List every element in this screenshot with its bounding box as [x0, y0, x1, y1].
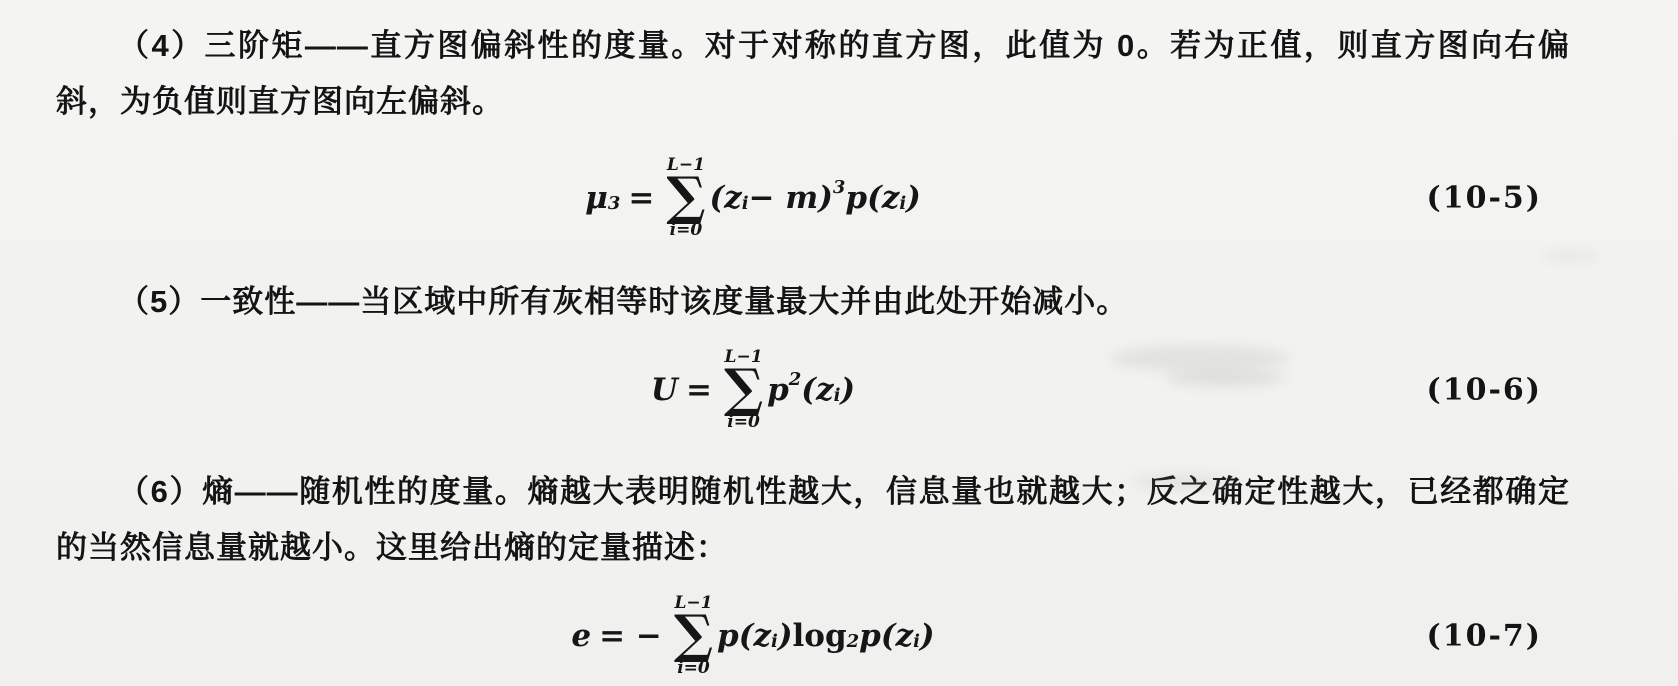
scanned-document-page: （4）三阶矩——直方图偏斜性的度量。对于对称的直方图，此值为 0。若为正值，则直… — [0, 0, 1678, 686]
equation-number-10-6: (10-6) — [1427, 373, 1542, 408]
equation-row-10-7: e = − L−1 ∑ i=0 p(zi)log2 p(zi) (10-7) — [56, 582, 1570, 686]
paragraph-entropy: （6）熵——随机性的度量。熵越大表明随机性越大，信息量也就越大；反之确定性越大，… — [56, 464, 1570, 576]
math-term: ) — [920, 618, 935, 654]
paragraph-third-moment: （4）三阶矩——直方图偏斜性的度量。对于对称的直方图，此值为 0。若为正值，则直… — [56, 18, 1570, 130]
math-term: (z — [801, 372, 833, 408]
math-term: p(z — [717, 618, 771, 654]
equation-row-10-5: μ3 = L−1 ∑ i=0 (zi − m)3 p(zi) (10-5) — [56, 144, 1570, 252]
sum-lower-limit: i=0 — [677, 660, 710, 677]
equation-row-10-6: U = L−1 ∑ i=0 p2(zi) (10-6) — [56, 336, 1570, 444]
math-term: p(z — [859, 618, 913, 654]
formula-third-moment: μ3 = L−1 ∑ i=0 (zi − m)3 p(zi) — [585, 157, 921, 238]
math-lhs: μ — [585, 180, 608, 216]
equation-number-10-7: (10-7) — [1427, 619, 1542, 654]
equals-minus-sign: = − — [591, 618, 670, 654]
math-term: − m) — [749, 180, 833, 216]
math-term: p — [767, 372, 789, 408]
math-term: p(z — [845, 180, 899, 216]
math-term: (z — [710, 180, 742, 216]
sigma-glyph: ∑ — [724, 367, 763, 411]
paragraph-uniformity: （5）一致性——当区域中所有灰相等时该度量最大并由此处开始减小。 — [56, 274, 1570, 330]
log-operator: log — [792, 618, 846, 654]
sum-lower-limit: i=0 — [670, 222, 703, 239]
equals-sign: = — [620, 180, 662, 216]
math-term: ) — [778, 618, 793, 654]
formula-entropy: e = − L−1 ∑ i=0 p(zi)log2 p(zi) — [571, 595, 934, 676]
formula-uniformity: U = L−1 ∑ i=0 p2(zi) — [651, 349, 855, 430]
summation-symbol: L−1 ∑ i=0 — [724, 349, 763, 430]
math-lhs: e — [571, 618, 591, 654]
equals-sign: = — [678, 372, 720, 408]
math-term: ) — [840, 372, 855, 408]
sigma-glyph: ∑ — [674, 613, 713, 657]
summation-symbol: L−1 ∑ i=0 — [666, 157, 705, 238]
math-lhs: U — [651, 372, 678, 408]
math-term: ) — [906, 180, 921, 216]
sum-lower-limit: i=0 — [727, 414, 760, 431]
equation-number-10-5: (10-5) — [1427, 181, 1542, 216]
sigma-glyph: ∑ — [666, 175, 705, 219]
summation-symbol: L−1 ∑ i=0 — [674, 595, 713, 676]
